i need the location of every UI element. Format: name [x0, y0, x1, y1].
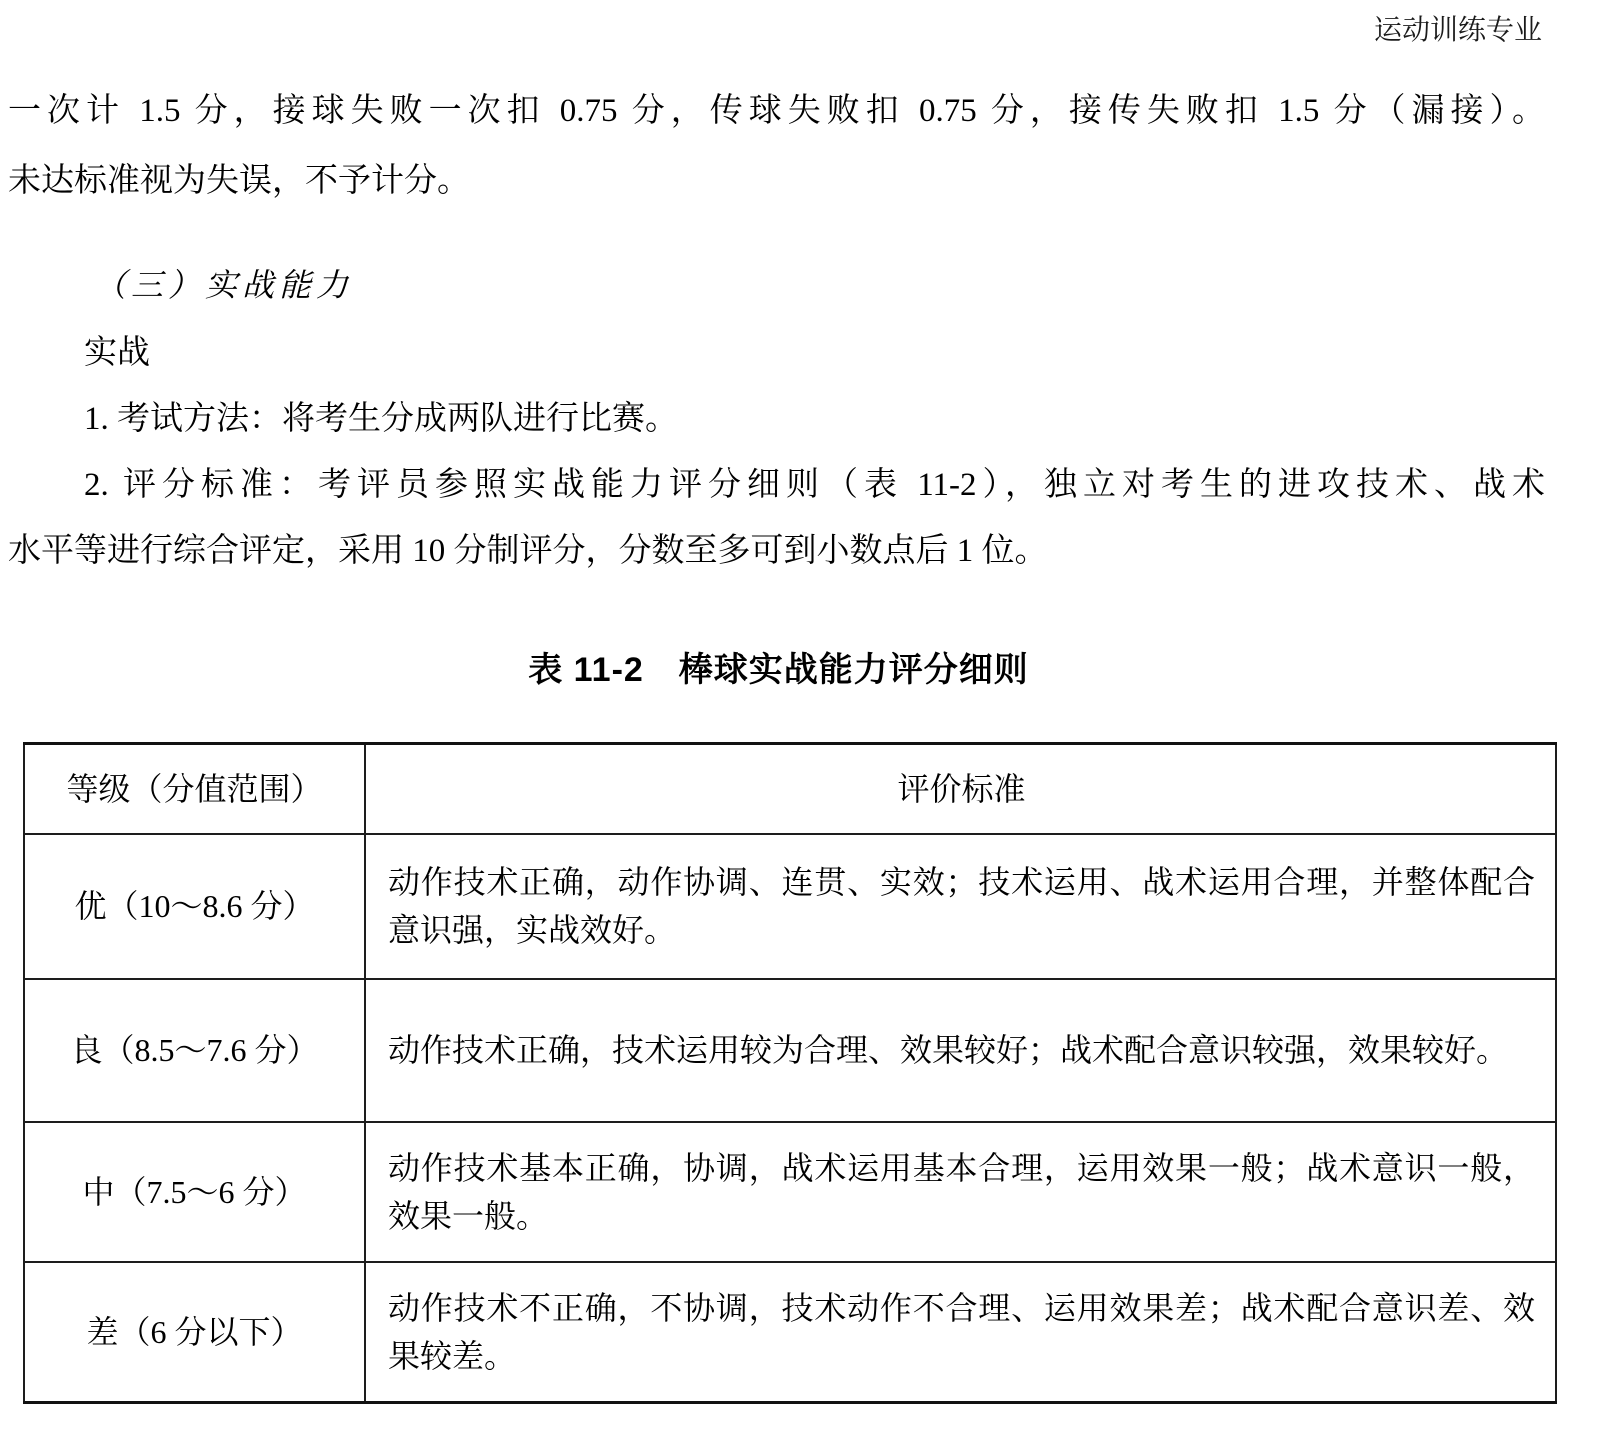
grade-cell: 差（6 分以下） [24, 1262, 365, 1403]
intro-line-2: 未达标准视为失误，不予计分。 [8, 146, 1545, 216]
column-header-grade: 等级（分值范围） [24, 744, 365, 834]
grade-cell: 良（8.5～7.6 分） [24, 979, 365, 1122]
table-row: 良（8.5～7.6 分） 动作技术正确，技术运用较为合理、效果较好；战术配合意识… [24, 979, 1556, 1122]
section-heading: （三）实战能力 [0, 250, 1600, 320]
section-subheading: 实战 [8, 320, 1545, 386]
table-header-row: 等级（分值范围） 评价标准 [24, 744, 1556, 834]
grade-cell: 优（10～8.6 分） [24, 834, 365, 979]
table-title: 表 11-2 棒球实战能力评分细则 [0, 650, 1557, 690]
column-header-criteria: 评价标准 [365, 744, 1556, 834]
criteria-cell: 动作技术不正确，不协调，技术动作不合理、运用效果差；战术配合意识差、效果较差。 [365, 1262, 1556, 1403]
scoring-standard-line-2: 水平等进行综合评定，采用 10 分制评分，分数至多可到小数点后 1 位。 [8, 518, 1545, 584]
major-label: 运动训练专业 [1374, 15, 1542, 46]
exam-method-item: 1. 考试方法：将考生分成两队进行比赛。 [8, 386, 1545, 452]
table-row: 差（6 分以下） 动作技术不正确，不协调，技术动作不合理、运用效果差；战术配合意… [24, 1262, 1556, 1403]
criteria-cell: 动作技术正确，动作协调、连贯、实效；技术运用、战术运用合理，并整体配合意识强，实… [365, 834, 1556, 979]
scoring-rubric-table: 等级（分值范围） 评价标准 优（10～8.6 分） 动作技术正确，动作协调、连贯… [23, 742, 1557, 1404]
intro-line-1: 一次计 1.5 分，接球失败一次扣 0.75 分，传球失败扣 0.75 分，接传… [8, 76, 1545, 146]
table-row: 中（7.5～6 分） 动作技术基本正确，协调，战术运用基本合理，运用效果一般；战… [24, 1122, 1556, 1262]
table-row: 优（10～8.6 分） 动作技术正确，动作协调、连贯、实效；技术运用、战术运用合… [24, 834, 1556, 979]
criteria-cell: 动作技术正确，技术运用较为合理、效果较好；战术配合意识较强，效果较好。 [365, 979, 1556, 1122]
document-page: 运动训练专业 一次计 1.5 分，接球失败一次扣 0.75 分，传球失败扣 0.… [0, 0, 1600, 1452]
page-header: 运动训练专业 [0, 0, 1600, 48]
scoring-standard-line-1: 2. 评分标准：考评员参照实战能力评分细则（表 11-2），独立对考生的进攻技术… [8, 452, 1545, 518]
section-body: 实战 1. 考试方法：将考生分成两队进行比赛。 2. 评分标准：考评员参照实战能… [0, 320, 1600, 584]
intro-paragraph: 一次计 1.5 分，接球失败一次扣 0.75 分，传球失败扣 0.75 分，接传… [0, 76, 1600, 216]
grade-cell: 中（7.5～6 分） [24, 1122, 365, 1262]
criteria-cell: 动作技术基本正确，协调，战术运用基本合理，运用效果一般；战术意识一般，效果一般。 [365, 1122, 1556, 1262]
